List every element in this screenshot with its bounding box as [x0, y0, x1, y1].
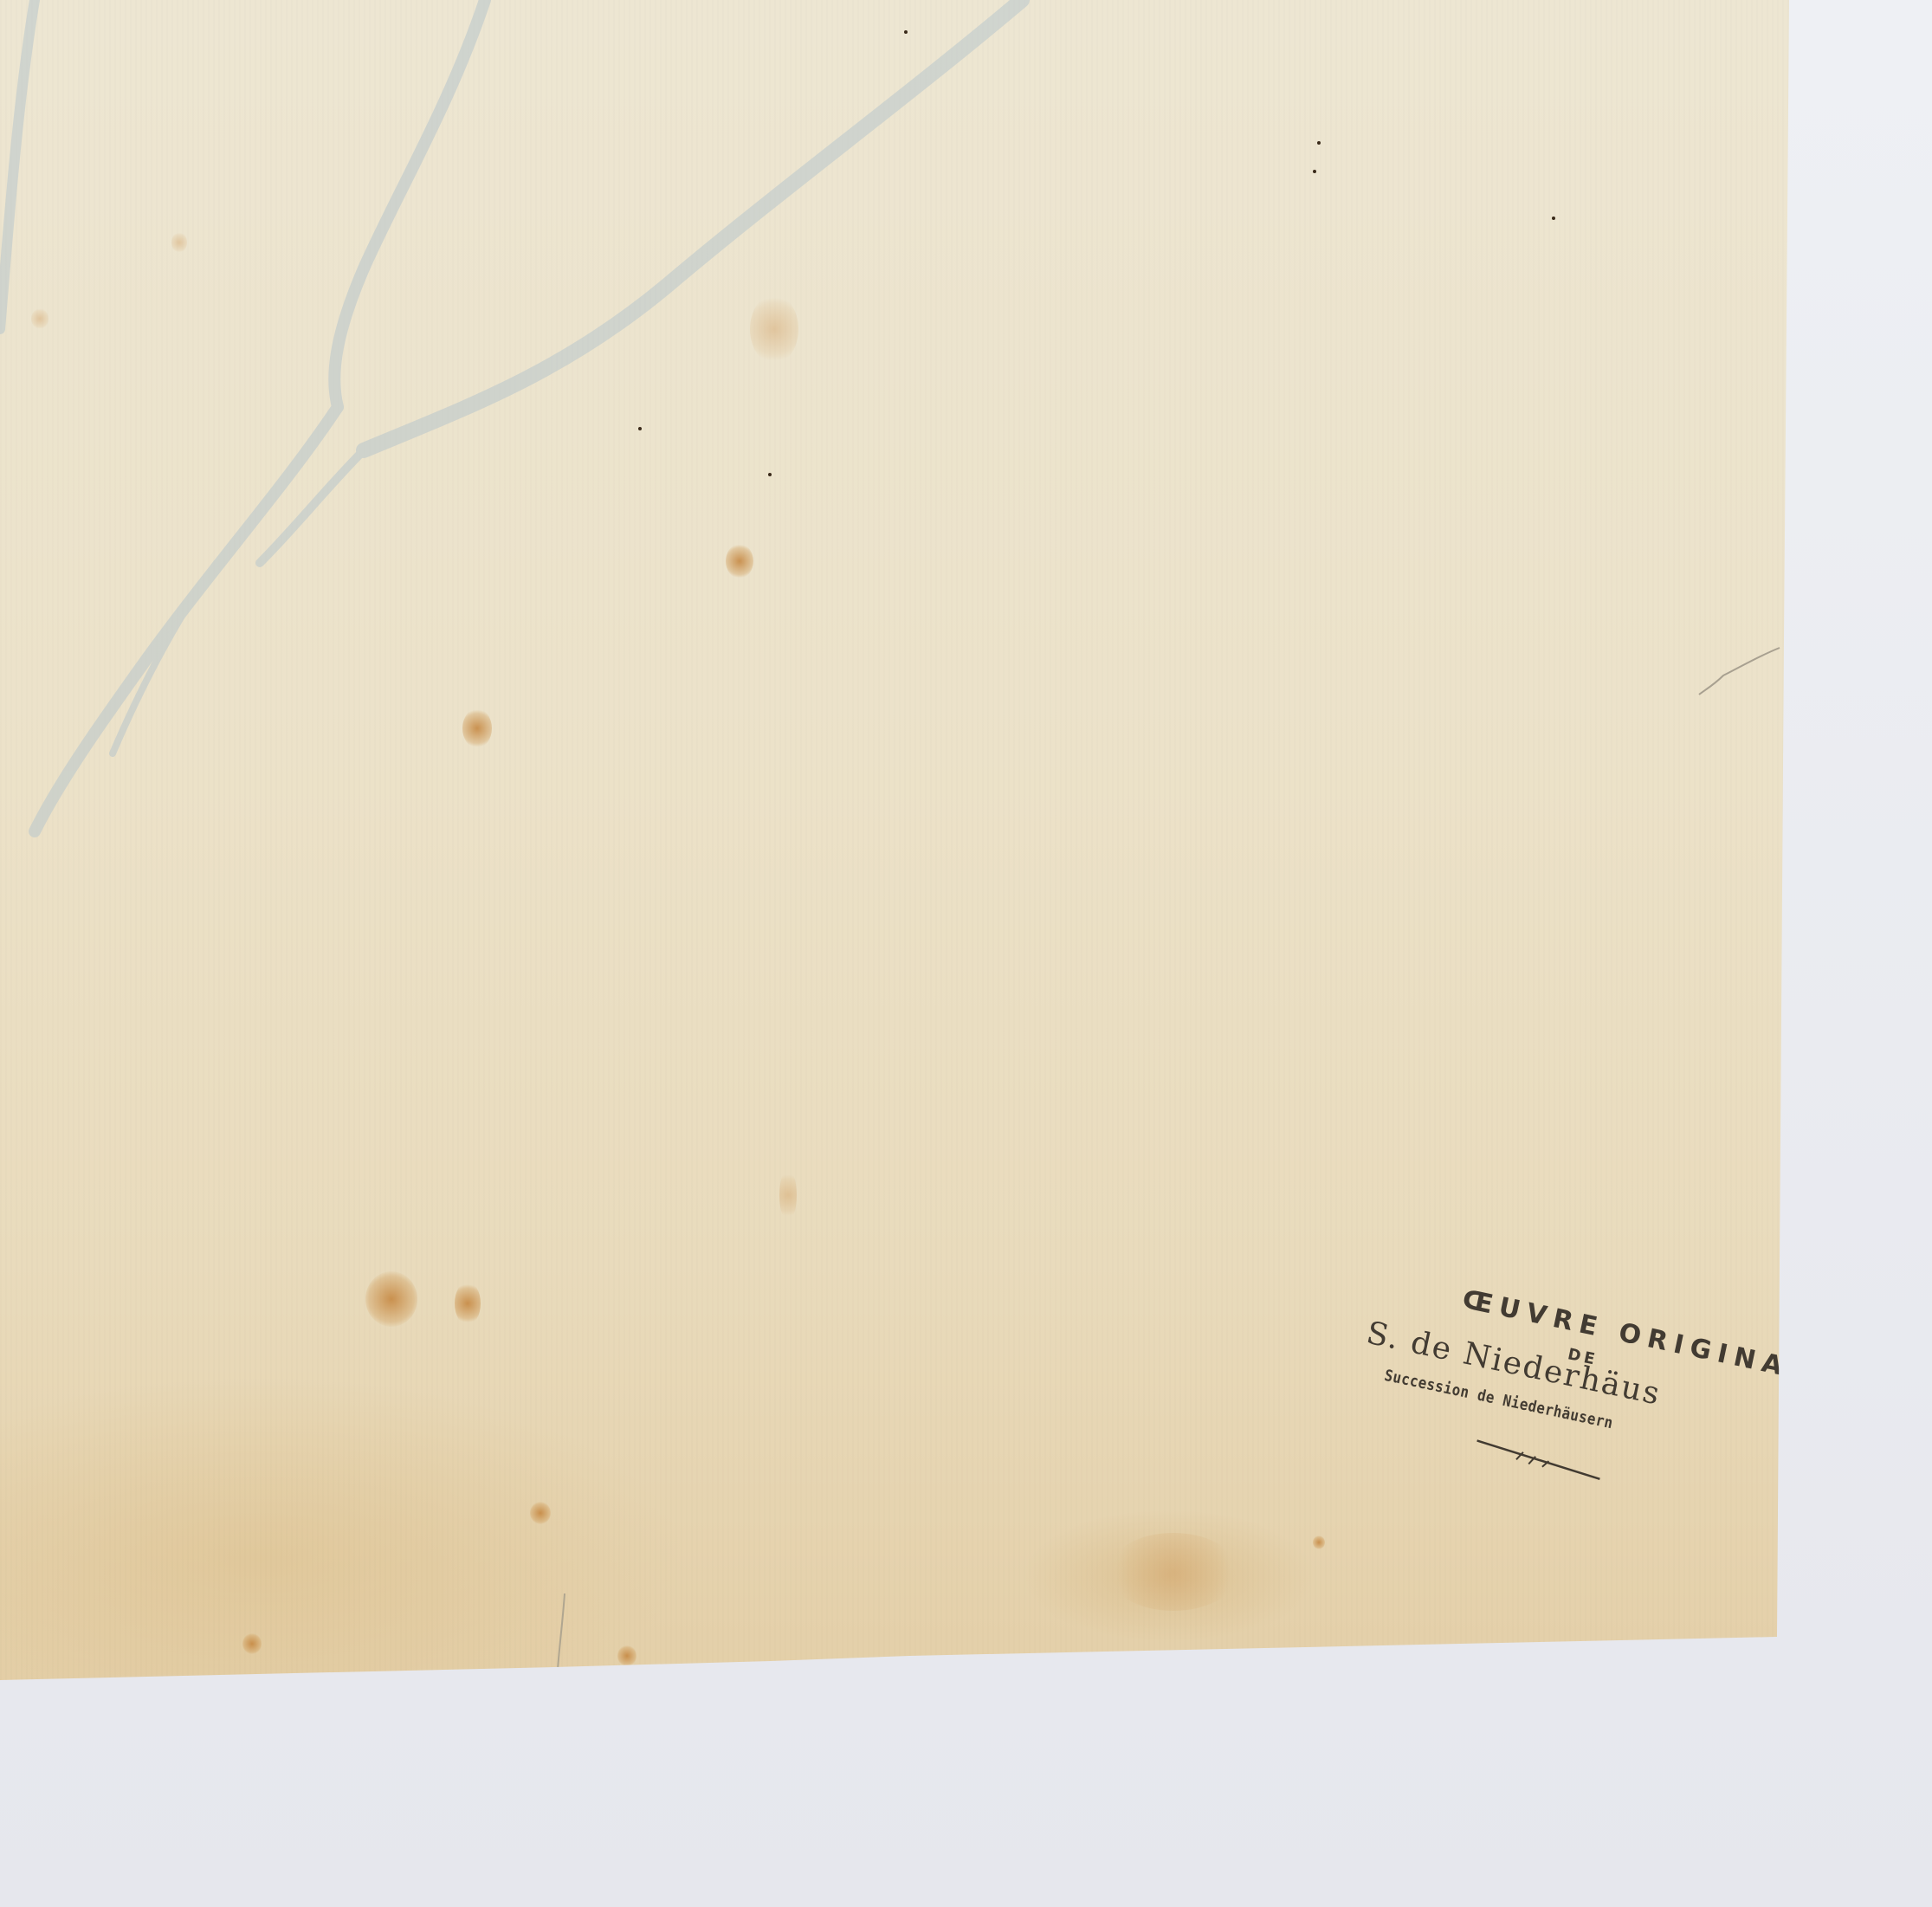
stamp-flourish — [1474, 1437, 1605, 1481]
speck — [1313, 170, 1316, 173]
speck — [638, 427, 642, 430]
speck — [1552, 217, 1555, 220]
foxing-stain — [242, 1633, 262, 1654]
foxing-stain — [365, 1271, 417, 1327]
foxing-stain — [31, 308, 48, 329]
foxing-stain — [617, 1645, 636, 1666]
foxing-stain — [779, 1169, 797, 1221]
foxing-stain — [1108, 1533, 1238, 1611]
foxing-stain — [171, 232, 187, 253]
foxing-stain — [455, 1282, 481, 1325]
foxing-stain — [750, 294, 798, 364]
foxing-stain — [462, 708, 492, 748]
speck — [768, 473, 772, 476]
paper-sheet: ŒUVRE ORIGINA DE S. de Niederhäus Succes… — [0, 0, 1789, 1680]
speck — [1317, 141, 1321, 145]
foxing-stain — [530, 1502, 551, 1524]
foxing-stain — [726, 544, 753, 579]
paper-crease — [1697, 641, 1784, 701]
speck — [904, 30, 908, 34]
paper-crease — [554, 1593, 572, 1671]
